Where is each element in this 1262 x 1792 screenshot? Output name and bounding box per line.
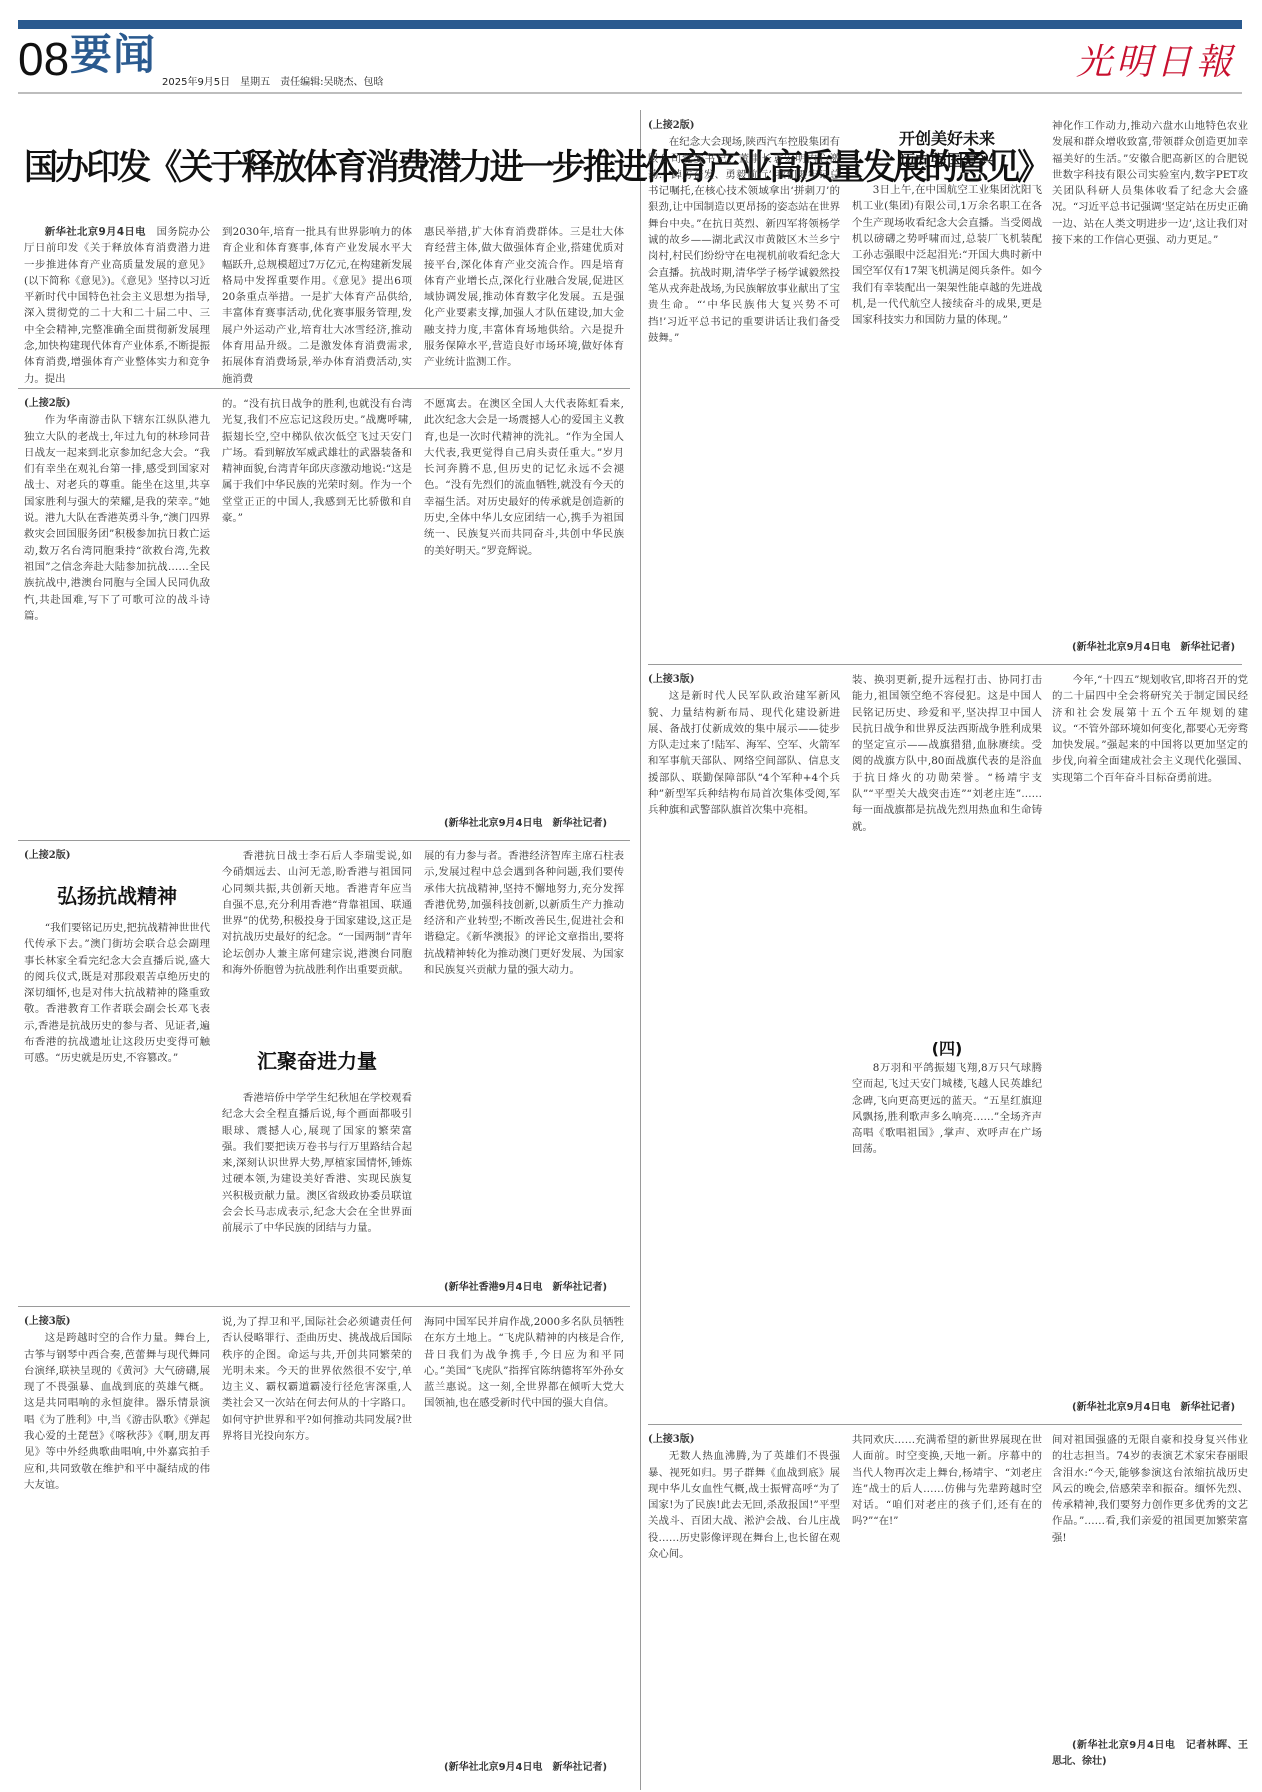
evening-byline: (新华社北京9月4日电 新华社记者) — [424, 1760, 624, 1778]
center-column-divider — [640, 110, 641, 1790]
bottom-right-col3: 间对祖国强盛的无限自豪和投身复兴伟业的壮志担当。74岁的表演艺术家宋春丽眼含泪水… — [1052, 1432, 1248, 1732]
divider — [18, 388, 630, 389]
spirit-col3: 展的有力参与者。香港经济智库主席石柱表示,发展过程中总会遇到各种问题,我们要传承… — [424, 848, 624, 1278]
veterans-col3: 不愿寓去。在澳区全国人大代表陈虹看来,此次纪念大会是一场震撼人心的爱国主义教育,… — [424, 396, 624, 816]
spirit-subhead-2: 汇聚奋进力量 — [222, 1045, 412, 1074]
lead-dateline: 新华社北京9月4日电 — [45, 226, 146, 238]
bottom-right-col1: (上接3版) 无数人热血沸腾,为了英雄们不畏强暴、视死如归。男子群舞《血战到底》… — [648, 1432, 840, 1787]
page-number: 08 — [18, 36, 69, 82]
parade-col1: (上接3版) 这是新时代人民军队政治建军新风貌、力量结构新布局、现代化建设新进展… — [648, 672, 840, 1397]
parade-byline: (新华社北京9月4日电 新华社记者) — [1052, 1400, 1248, 1418]
divider — [648, 664, 1242, 665]
bottom-right-col2: 共同欢庆……充满希望的新世界展现在世人面前。时空变换,天地一新。序幕中的当代人物… — [852, 1432, 1042, 1787]
evening-col2: 说,为了捍卫和平,国际社会必须谴责任何否认侵略罪行、歪曲历史、挑战战后国际秩序的… — [222, 1314, 412, 1784]
right-top-subhead: 开创美好未来 迈向强国复兴 — [852, 128, 1042, 172]
parade-col2: 装、换羽更新,提升远程打击、协同打击能力,祖国领空绝不容侵犯。这是中国人民铭记历… — [852, 672, 1042, 1032]
lead-story-col3: 惠民举措,扩大体育消费群体。三是壮大体育经营主体,做大做强体育企业,搭建优质对接… — [424, 224, 624, 384]
evening-col1: (上接3版) 这是跨越时空的合作力量。舞台上,古筝与钢琴中西合奏,芭蕾舞与现代舞… — [24, 1314, 210, 1784]
veterans-col2: 的。“没有抗日战争的胜利,也就没有台湾光复,我们不应忘记这段历史。”战鹰呼啸,振… — [222, 396, 412, 836]
spirit-col1: “我们要铭记历史,把抗战精神世世代代传承下去。”澳门街坊会联合总会副理事长林家全… — [24, 920, 210, 1300]
dateline: 2025年9月5日 星期五 责任编辑:吴晓杰、包晗 — [162, 73, 384, 88]
right-top-col1: (上接2版) 在纪念大会现场,陕西汽车控股集团有限公司党委书记、董事长袁宏明内心… — [648, 118, 840, 648]
parade-col3: 今年,“十四五”规划收官,即将召开的党的二十届四中全会将研究关于制定国民经济和社… — [1052, 672, 1248, 1372]
veterans-byline: (新华社北京9月4日电 新华社记者) — [424, 816, 624, 834]
evening-col3: 海同中国军民并肩作战,2000多名队员牺牲在东方土地上。“飞虎队精神的内核是合作… — [424, 1314, 624, 1754]
right-top-byline: (新华社北京9月4日电 新华社记者) — [1052, 640, 1248, 658]
spirit-col2: 香港抗日战士李石后人李瑞雯说,如今硝烟远去、山河无恙,盼香港与祖国同心同频共振,… — [222, 848, 412, 1028]
header-divider — [18, 92, 1242, 94]
right-top-col2: 3日上午,在中国航空工业集团沈阳飞机工业(集团)有限公司,1万余名职工在各个生产… — [852, 182, 1042, 648]
spirit-byline: (新华社香港9月4日电 新华社记者) — [424, 1280, 624, 1298]
veterans-col1: (上接2版) 作为华南游击队下辖东江纵队港九独立大队的老战士,年过九旬的林珍同昔… — [24, 396, 210, 836]
bottom-right-byline: (新华社北京9月4日电 记者林晖、王思北、徐壮) — [1052, 1738, 1248, 1774]
divider — [18, 1306, 630, 1307]
section-title: 要闻 — [70, 34, 156, 76]
spirit-subhead: 弘扬抗战精神 — [24, 880, 210, 909]
parade-section-mark: (四) — [852, 1036, 1042, 1059]
right-top-col3: 神化作工作动力,推动六盘水山地特色农业发展和群众增收致富,带领群众创造更加幸福美… — [1052, 118, 1248, 638]
lead-story-col2: 到2030年,培育一批具有世界影响力的体育企业和体育赛事,体育产业发展水平大幅跃… — [222, 224, 412, 384]
lead-headline: 国办印发《关于释放体育消费潜力进一步推进体育产业高质量发展的意见》 — [24, 140, 606, 190]
divider — [648, 1424, 1242, 1425]
parade-col2b: 8万羽和平鸽振翅飞翔,8万只气球腾空而起,飞过天安门城楼,飞越人民英雄纪念碑,飞… — [852, 1060, 1042, 1398]
spirit-continued: (上接2版) — [24, 848, 210, 868]
lead-story-col1: 新华社北京9月4日电 国务院办公厅日前印发《关于释放体育消费潜力进一步推进体育产… — [24, 224, 210, 384]
header-accent-bar — [18, 20, 1242, 29]
divider — [18, 840, 630, 841]
masthead-logo: 光明日報 — [1076, 34, 1236, 85]
spirit-col2b: 香港培侨中学学生纪秋旭在学校观看纪念大会全程直播后说,每个画面都吸引眼球、震撼人… — [222, 1090, 412, 1300]
